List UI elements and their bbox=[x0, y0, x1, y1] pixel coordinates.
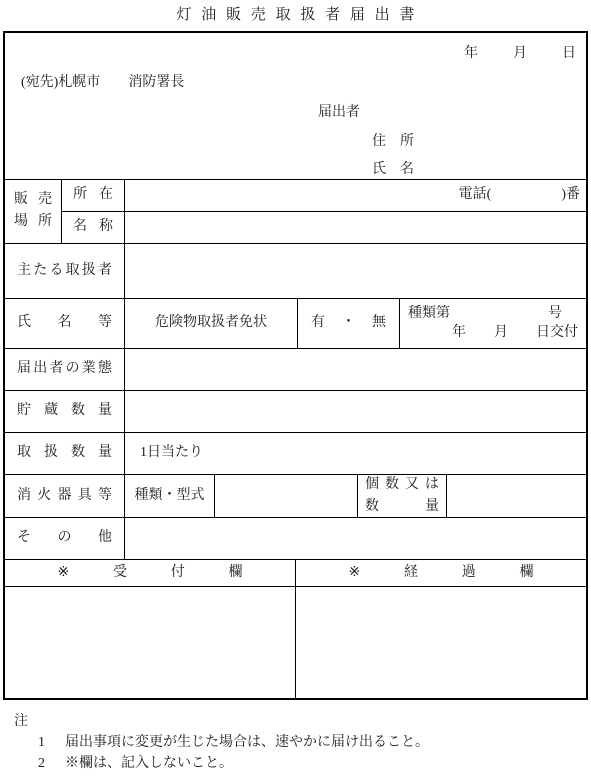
location-field: 電話( )番 bbox=[125, 180, 586, 211]
name-field bbox=[125, 212, 586, 243]
phone-label: 電話( )番 bbox=[459, 186, 580, 205]
sales-place-row: 販売 場所 所在 電話( )番 名称 bbox=[5, 179, 586, 243]
note-text: 届出事項に変更が生じた場合は、速やかに届け出ること。 bbox=[65, 734, 429, 753]
handling-quantity-row: 取扱数量 1日当たり bbox=[5, 432, 586, 474]
name-etc-label: 氏名等 bbox=[5, 299, 125, 348]
other-label: その他 bbox=[5, 518, 125, 559]
business-type-field bbox=[125, 349, 586, 390]
note-item: 2 ※欄は、記入しないこと。 bbox=[14, 755, 583, 774]
main-handler-field bbox=[125, 244, 586, 298]
name-label: 名称 bbox=[62, 212, 125, 243]
kerosene-notification-form: 灯油販売取扱者届出書 年月日 (宛先)札幌市 消防署長 届出者 住 所 氏 名 … bbox=[0, 0, 591, 780]
declarer-name-label: 氏 名 bbox=[372, 161, 414, 180]
per-day-label: 1日当たり bbox=[140, 444, 203, 463]
reception-field bbox=[5, 587, 296, 698]
license-label: 危険物取扱者免状 bbox=[125, 299, 298, 348]
declarer-address-label: 住 所 bbox=[372, 133, 414, 152]
form-header-block: 年月日 (宛先)札幌市 消防署長 届出者 住 所 氏 名 bbox=[5, 33, 586, 179]
license-have-none: 有・無 bbox=[298, 299, 400, 348]
extinguisher-type-label: 種類・型式 bbox=[125, 475, 215, 517]
handling-quantity-label: 取扱数量 bbox=[5, 433, 125, 474]
other-field bbox=[125, 518, 586, 559]
extinguisher-row: 消火器具等 種類・型式 個数又は 数量 bbox=[5, 474, 586, 517]
extinguisher-count-field bbox=[447, 475, 586, 517]
progress-column-header: ※経過欄 bbox=[296, 560, 586, 586]
progress-field bbox=[296, 587, 586, 698]
other-row: その他 bbox=[5, 517, 586, 559]
license-class-line: 種類第 号 bbox=[400, 305, 586, 324]
storage-quantity-label: 貯蔵数量 bbox=[5, 391, 125, 432]
name-etc-row: 氏名等 危険物取扱者免状 有・無 種類第 号 年 月 日交付 bbox=[5, 298, 586, 348]
date-line: 年月日 bbox=[464, 45, 576, 64]
storage-quantity-row: 貯蔵数量 bbox=[5, 390, 586, 432]
notes-heading: 注 bbox=[14, 713, 583, 732]
license-grant-line: 年 月 日交付 bbox=[400, 324, 586, 343]
business-type-row: 届出者の業態 bbox=[5, 348, 586, 390]
note-number: 1 bbox=[38, 734, 52, 753]
notes-section: 注 1 届出事項に変更が生じた場合は、速やかに届け出ること。 2 ※欄は、記入し… bbox=[14, 713, 583, 774]
note-text: ※欄は、記入しないこと。 bbox=[65, 755, 233, 774]
declarer-label: 届出者 bbox=[318, 104, 360, 123]
license-detail: 種類第 号 年 月 日交付 bbox=[400, 299, 586, 348]
main-handler-row: 主たる取扱者 bbox=[5, 243, 586, 298]
extinguisher-count-label: 個数又は 数量 bbox=[358, 475, 447, 517]
office-use-body-row bbox=[5, 586, 586, 698]
main-handler-label: 主たる取扱者 bbox=[5, 244, 125, 298]
storage-quantity-field bbox=[125, 391, 586, 432]
name-subrow: 名称 bbox=[62, 211, 586, 243]
sales-place-label: 販売 場所 bbox=[5, 180, 62, 243]
extinguisher-type-field bbox=[215, 475, 358, 517]
note-number: 2 bbox=[38, 755, 52, 774]
handling-quantity-field: 1日当たり bbox=[125, 433, 586, 474]
office-use-header-row: ※受付欄 ※経過欄 bbox=[5, 559, 586, 586]
location-subrow: 所在 電話( )番 bbox=[62, 180, 586, 211]
addressee-line: (宛先)札幌市 消防署長 bbox=[21, 74, 184, 93]
note-item: 1 届出事項に変更が生じた場合は、速やかに届け出ること。 bbox=[14, 734, 583, 753]
form-table: 年月日 (宛先)札幌市 消防署長 届出者 住 所 氏 名 販売 場所 所在 bbox=[3, 31, 588, 700]
reception-column-header: ※受付欄 bbox=[5, 560, 296, 586]
form-title: 灯油販売取扱者届出書 bbox=[177, 0, 415, 25]
extinguisher-label: 消火器具等 bbox=[5, 475, 125, 517]
location-label: 所在 bbox=[62, 180, 125, 211]
business-type-label: 届出者の業態 bbox=[5, 349, 125, 390]
